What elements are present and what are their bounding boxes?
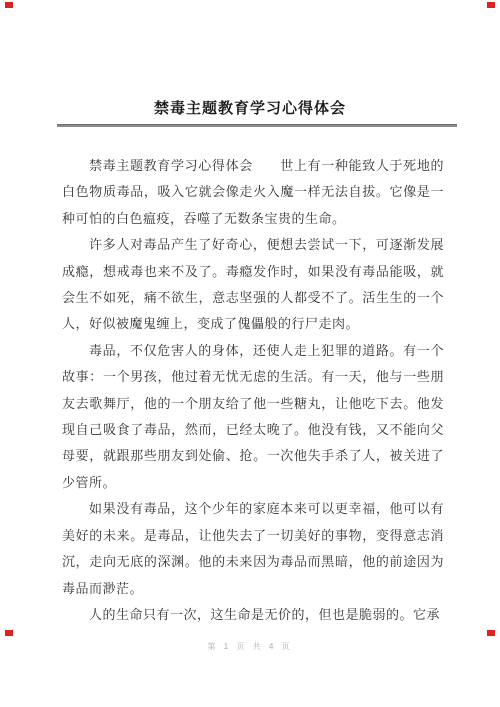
- document-page: 禁毒主题教育学习心得体会 禁毒主题教育学习心得体会 世上有一种能致人于死地的白色…: [0, 0, 500, 707]
- paragraph-5: 人的生命只有一次，这生命是无价的，但也是脆弱的。它承: [62, 602, 444, 628]
- red-corner-mark-top-right-icon: [487, 2, 495, 8]
- red-corner-mark-bottom-right-icon: [487, 630, 495, 636]
- paragraph-1: 禁毒主题教育学习心得体会 世上有一种能致人于死地的白色物质毒品，吸入它就会像走火…: [62, 153, 444, 232]
- paragraph-4: 如果没有毒品，这个少年的家庭本来可以更幸福，他可以有美好的未来。是毒品，让他失去…: [62, 496, 444, 602]
- red-corner-mark-bottom-left-icon: [5, 630, 13, 636]
- page-footer: 第 1 页 共 4 页: [0, 641, 500, 652]
- page-number-label: 第 1 页 共 4 页: [207, 642, 292, 651]
- red-corner-mark-top-left-icon: [5, 2, 13, 8]
- paragraph-3: 毒品，不仅危害人的身体，还使人走上犯罪的道路。有一个故事：一个男孩，他过着无忧无…: [62, 338, 444, 496]
- title-divider-rule: [57, 124, 457, 127]
- document-title: 禁毒主题教育学习心得体会: [0, 97, 500, 118]
- paragraph-2: 许多人对毒品产生了好奇心，便想去尝试一下，可逐渐发展成瘾，想戒毒也来不及了。毒瘾…: [62, 232, 444, 338]
- document-body: 禁毒主题教育学习心得体会 世上有一种能致人于死地的白色物质毒品，吸入它就会像走火…: [62, 153, 444, 628]
